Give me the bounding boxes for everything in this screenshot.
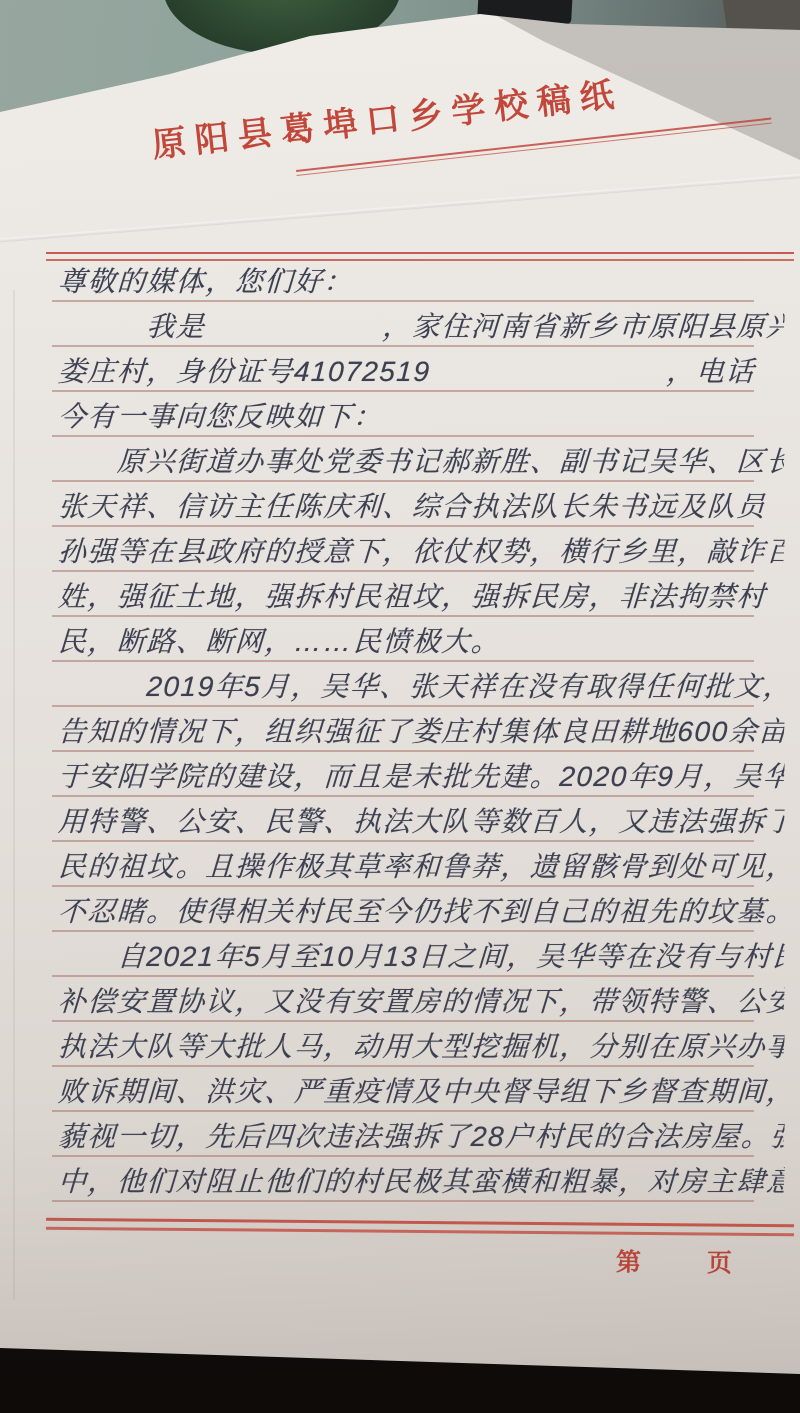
page-footer-suffix: 页 [707,1250,732,1277]
ruled-line [52,750,754,752]
handwritten-line: 告知的情况下，组织强征了娄庄村集体良田耕地600余亩，用 [57,712,785,750]
ruled-line [52,480,754,482]
ruled-line [52,975,754,977]
handwritten-line: 民，断路、断网，……民愤极大。 [57,622,785,660]
ruled-line [52,345,754,347]
handwritten-line: 藐视一切，先后四次违法强拆了28户村民的合法房屋。强拆 [57,1117,785,1155]
stationery-header: 原阳县葛埠口乡学校稿纸 [149,66,625,167]
top-margin-rule [46,252,794,261]
ruled-line [52,795,754,797]
handwritten-line: 张天祥、信访主任陈庆利、综合执法队长朱书远及队员 [57,487,785,525]
ruled-line [52,1155,754,1157]
handwritten-line: 娄庄村，身份证号41072519 ，电话 [57,352,785,390]
handwritten-line: 用特警、公安、民警、执法大队等数百人，又违法强拆了几十座村 [57,802,785,840]
ruled-line [52,390,754,392]
ruled-line [52,660,754,662]
ruled-line [52,435,754,437]
ruled-line [52,1065,754,1067]
handwritten-line: 姓，强征土地，强拆村民祖坟，强拆民房，非法拘禁村 [57,577,785,615]
ruled-line [52,930,754,932]
bottom-margin-rule [46,1218,794,1237]
page-footer: 第页 [616,1242,732,1279]
handwritten-line: 中，他们对阻止他们的村民极其蛮横和粗暴，对房主肆意拖 [57,1162,785,1200]
ruled-line [52,705,754,707]
handwritten-line: 自2021年5月至10月13日之间，吴华等在没有与村民签订 [57,937,785,975]
paper-side-crease [13,290,15,1300]
handwritten-line: 补偿安置协议，又没有安置房的情况下，带领特警、公安、民警、 [57,982,785,1020]
photo-of-handwritten-letter: 原阳县葛埠口乡学校稿纸 尊敬的媒体，您们好： 我是 ，家住河南省新乡市原阳县原兴… [0,0,800,1413]
handwritten-line: 2019年5月，吴华、张天祥在没有取得任何批文，也没有公告 [57,667,785,705]
ruled-line [52,1020,754,1022]
handwritten-line: 原兴街道办事处党委书记郝新胜、副书记吴华、区长 [57,442,785,480]
handwritten-line: 民的祖坟。且操作极其草率和鲁莽，遗留骸骨到处可见，惨 [57,847,785,885]
page-footer-prefix: 第 [616,1249,641,1276]
handwritten-line: 执法大队等大批人马，动用大型挖掘机，分别在原兴办事处官司 [57,1027,785,1065]
page-number-blank [641,1271,707,1272]
handwritten-line: 今有一事向您反映如下： [57,397,785,435]
ruled-line [52,840,754,842]
handwritten-line: 我是 ，家住河南省新乡市原阳县原兴街道办事处 [57,307,785,345]
paper-fold-crease [0,173,800,244]
paper-sheet: 原阳县葛埠口乡学校稿纸 尊敬的媒体，您们好： 我是 ，家住河南省新乡市原阳县原兴… [0,0,800,1413]
handwritten-line: 败诉期间、洪灾、严重疫情及中央督导组下乡督查期间， [57,1072,785,1110]
ruled-line [52,525,754,527]
ruled-line [52,1110,754,1112]
ruled-line [52,1200,754,1202]
ruled-line [52,300,754,302]
ruled-line [52,570,754,572]
handwritten-line: 于安阳学院的建设，而且是未批先建。2020年9月，吴华等动 [57,757,785,795]
handwritten-line: 不忍睹。使得相关村民至今仍找不到自己的祖先的坟墓。 [57,892,785,930]
ruled-line [52,615,754,617]
handwritten-line: 孙强等在县政府的授意下，依仗权势，横行乡里，敲诈百 [57,532,785,570]
handwritten-line: 尊敬的媒体，您们好： [57,262,785,300]
ruled-line [52,885,754,887]
